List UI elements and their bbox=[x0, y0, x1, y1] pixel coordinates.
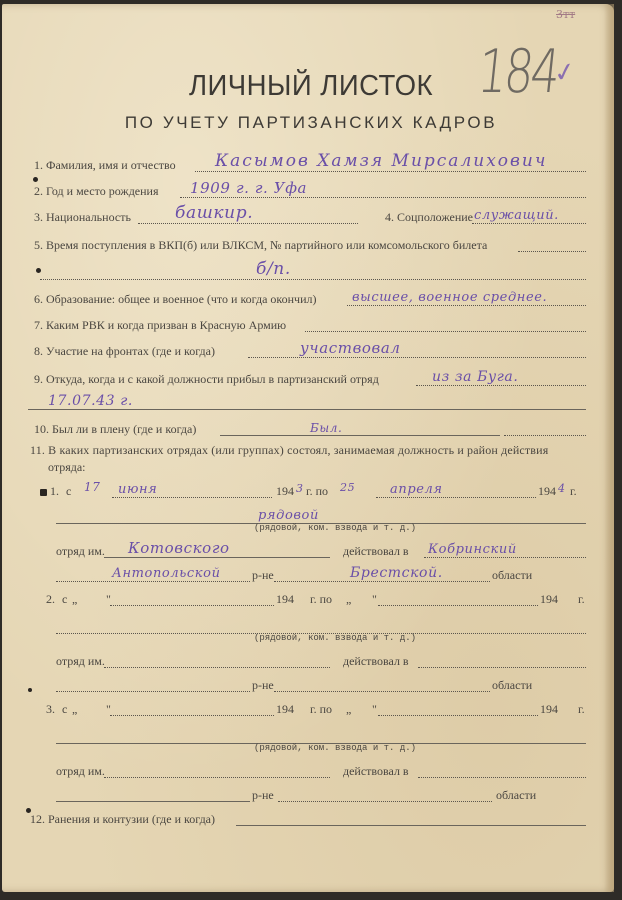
field-line bbox=[416, 385, 586, 386]
from-month-line bbox=[110, 715, 274, 716]
field-line bbox=[28, 409, 586, 410]
field-label: 9. Откуда, когда и с какой должности при… bbox=[34, 372, 379, 387]
field-nationality-social: 3. Национальность башкир. 4. Соцположени… bbox=[0, 208, 622, 228]
punch-mark-icon bbox=[40, 489, 47, 496]
position-value[interactable]: рядовой bbox=[258, 508, 319, 523]
field-label: отряда: bbox=[48, 460, 86, 475]
field-line bbox=[305, 331, 586, 332]
year-prefix: 194 bbox=[276, 592, 294, 607]
quote-mark: " bbox=[372, 592, 377, 607]
ink-spot-icon bbox=[28, 688, 32, 692]
field-value[interactable]: высшее, военное среднее. bbox=[352, 290, 547, 305]
entry-number: 1. bbox=[50, 484, 59, 499]
service-entry-2-district: р-не области bbox=[0, 676, 622, 696]
field-label: 1. Фамилия, имя и отчество bbox=[34, 158, 176, 173]
to-label: г. по bbox=[310, 702, 332, 717]
from-label: с bbox=[62, 592, 67, 607]
quote-mark: „ bbox=[346, 592, 351, 607]
quote-mark: „ bbox=[346, 702, 351, 717]
operated-in[interactable]: Кобринский bbox=[428, 542, 517, 557]
field-value[interactable]: 1909 г. г. Уфа bbox=[190, 179, 307, 197]
to-year-digit[interactable]: 4 bbox=[558, 482, 566, 495]
field-full-name: 1. Фамилия, имя и отчество Касымов Хамзя… bbox=[0, 156, 622, 176]
region-label: области bbox=[492, 568, 532, 583]
field-detachments-line2: отряда: bbox=[0, 458, 622, 478]
region-label: области bbox=[492, 678, 532, 693]
entry-number: 3. bbox=[46, 702, 55, 717]
operated-line bbox=[418, 667, 586, 668]
field-arrival-line2: 17.07.43 г. bbox=[0, 394, 622, 414]
operated-line bbox=[418, 777, 586, 778]
service-entry-1-dates: 1. с 17 июня 194 3 г. по 25 апреля 194 4… bbox=[0, 482, 622, 502]
district-label: р-не bbox=[252, 678, 274, 693]
field-line bbox=[138, 223, 358, 224]
year-end-label: г. bbox=[570, 484, 577, 499]
to-month-line bbox=[376, 497, 536, 498]
field-value[interactable]: из за Буга. bbox=[432, 369, 518, 385]
operated-label: действовал в bbox=[343, 764, 409, 779]
district-line bbox=[56, 691, 250, 692]
service-entry-3-district: р-не области bbox=[0, 786, 622, 806]
year-prefix: 194 bbox=[540, 592, 558, 607]
field-line bbox=[518, 251, 586, 252]
from-label: с bbox=[66, 484, 71, 499]
field-arrival: 9. Откуда, когда и с какой должности при… bbox=[0, 370, 622, 390]
quote-mark: „ bbox=[72, 702, 77, 717]
field-line bbox=[236, 825, 586, 826]
service-entry-1-district: Антопольской р-не Брестской. области bbox=[0, 566, 622, 586]
position-hint: (рядовой, ком. взвода и т. д.) bbox=[254, 523, 416, 533]
field-label: 7. Каким РВК и когда призван в Красную А… bbox=[34, 318, 286, 333]
field-line bbox=[180, 197, 586, 198]
corner-note: 3тт bbox=[556, 8, 575, 21]
from-year-digit[interactable]: 3 bbox=[296, 482, 304, 495]
unit-name[interactable]: Котовского bbox=[128, 539, 230, 557]
to-label: г. по bbox=[306, 484, 328, 499]
year-end-label: г. bbox=[578, 702, 585, 717]
position-hint: (рядовой, ком. взвода и т. д.) bbox=[254, 743, 416, 753]
region-line bbox=[274, 581, 490, 582]
service-entry-3-dates: 3. с „ " 194 г. по „ " 194 г. bbox=[0, 700, 622, 720]
year-prefix: 194 bbox=[538, 484, 556, 499]
ink-spot-icon bbox=[26, 808, 31, 813]
field-label: 10. Был ли в плену (где и когда) bbox=[34, 422, 196, 437]
unit-label: отряд им. bbox=[56, 654, 105, 669]
field-label: 12. Ранения и контузии (где и когда) bbox=[30, 812, 215, 827]
unit-line bbox=[104, 667, 330, 668]
field-label: 4. Соцположение bbox=[385, 210, 473, 225]
field-label: 5. Время поступления в ВКП(б) или ВЛКСМ,… bbox=[34, 238, 487, 253]
field-value[interactable]: участвовал bbox=[300, 339, 401, 357]
field-captivity: 10. Был ли в плену (где и когда) Был. bbox=[0, 420, 622, 440]
field-line bbox=[347, 305, 586, 306]
quote-mark: " bbox=[372, 702, 377, 717]
ink-spot-icon bbox=[33, 177, 38, 182]
field-line bbox=[40, 279, 586, 280]
service-entry-2-unit: отряд им. действовал в bbox=[0, 652, 622, 672]
district-label: р-не bbox=[252, 788, 274, 803]
to-month-line bbox=[378, 715, 538, 716]
field-label: 8. Участие на фронтах (где и когда) bbox=[34, 344, 215, 359]
to-day[interactable]: 25 bbox=[340, 481, 355, 494]
region-line bbox=[278, 801, 492, 802]
from-label: с bbox=[62, 702, 67, 717]
field-value[interactable]: б/п. bbox=[256, 259, 291, 279]
unit-line bbox=[104, 777, 330, 778]
from-month-line bbox=[112, 497, 272, 498]
field-line bbox=[220, 435, 500, 436]
document-title: ЛИЧНЫЙ ЛИСТОК bbox=[16, 70, 607, 103]
year-end-label: г. bbox=[578, 592, 585, 607]
field-line bbox=[472, 223, 586, 224]
unit-label: отряд им. bbox=[56, 764, 105, 779]
district-line bbox=[56, 801, 250, 802]
field-fronts: 8. Участие на фронтах (где и когда) учас… bbox=[0, 342, 622, 362]
entry-number: 2. bbox=[46, 592, 55, 607]
field-value[interactable]: служащий. bbox=[474, 208, 559, 223]
year-prefix: 194 bbox=[276, 702, 294, 717]
field-party: 5. Время поступления в ВКП(б) или ВЛКСМ,… bbox=[0, 236, 622, 256]
quote-mark: „ bbox=[72, 592, 77, 607]
field-education: 6. Образование: общее и военное (что и к… bbox=[0, 290, 622, 310]
region[interactable]: Брестской. bbox=[350, 565, 443, 581]
to-month[interactable]: апреля bbox=[390, 482, 443, 497]
ink-spot-icon bbox=[36, 268, 41, 273]
field-label: 3. Национальность bbox=[34, 210, 131, 225]
document-subtitle: ПО УЧЕТУ ПАРТИЗАНСКИХ КАДРОВ bbox=[0, 113, 622, 133]
field-line bbox=[195, 171, 586, 172]
from-day[interactable]: 17 bbox=[84, 480, 100, 494]
field-label: 11. В каких партизанских отрядах (или гр… bbox=[30, 443, 548, 458]
field-value[interactable]: башкир. bbox=[175, 203, 253, 223]
from-month[interactable]: июня bbox=[118, 482, 157, 497]
field-line bbox=[504, 435, 586, 436]
field-value[interactable]: Касымов Хамзя Мирсалихович bbox=[215, 151, 547, 171]
operated-label: действовал в bbox=[343, 544, 409, 559]
year-prefix: 194 bbox=[276, 484, 294, 499]
district[interactable]: Антопольской bbox=[112, 566, 221, 581]
to-label: г. по bbox=[310, 592, 332, 607]
field-party-line2: б/п. bbox=[0, 264, 622, 284]
field-conscription: 7. Каким РВК и когда призван в Красную А… bbox=[0, 316, 622, 336]
from-month-line bbox=[110, 605, 274, 606]
field-label: 2. Год и место рождения bbox=[34, 184, 158, 199]
service-entry-3-unit: отряд им. действовал в bbox=[0, 762, 622, 782]
service-entry-1-unit: отряд им. Котовского действовал в Кобрин… bbox=[0, 542, 622, 562]
field-value[interactable]: Был. bbox=[310, 421, 342, 435]
region-label: области bbox=[496, 788, 536, 803]
field-wounds: 12. Ранения и контузии (где и когда) bbox=[0, 810, 622, 830]
to-month-line bbox=[378, 605, 538, 606]
field-label: 6. Образование: общее и военное (что и к… bbox=[34, 292, 317, 307]
year-prefix: 194 bbox=[540, 702, 558, 717]
field-line bbox=[248, 357, 586, 358]
service-entry-2-dates: 2. с „ " 194 г. по „ " 194 г. bbox=[0, 590, 622, 610]
position-hint: (рядовой, ком. взвода и т. д.) bbox=[254, 633, 416, 643]
district-line bbox=[56, 581, 250, 582]
field-birth: 2. Год и место рождения 1909 г. г. Уфа bbox=[0, 182, 622, 202]
operated-line bbox=[424, 557, 586, 558]
district-label: р-не bbox=[252, 568, 274, 583]
unit-label: отряд им. bbox=[56, 544, 105, 559]
unit-line bbox=[104, 557, 330, 558]
operated-label: действовал в bbox=[343, 654, 409, 669]
field-value[interactable]: 17.07.43 г. bbox=[48, 393, 133, 409]
region-line bbox=[274, 691, 490, 692]
